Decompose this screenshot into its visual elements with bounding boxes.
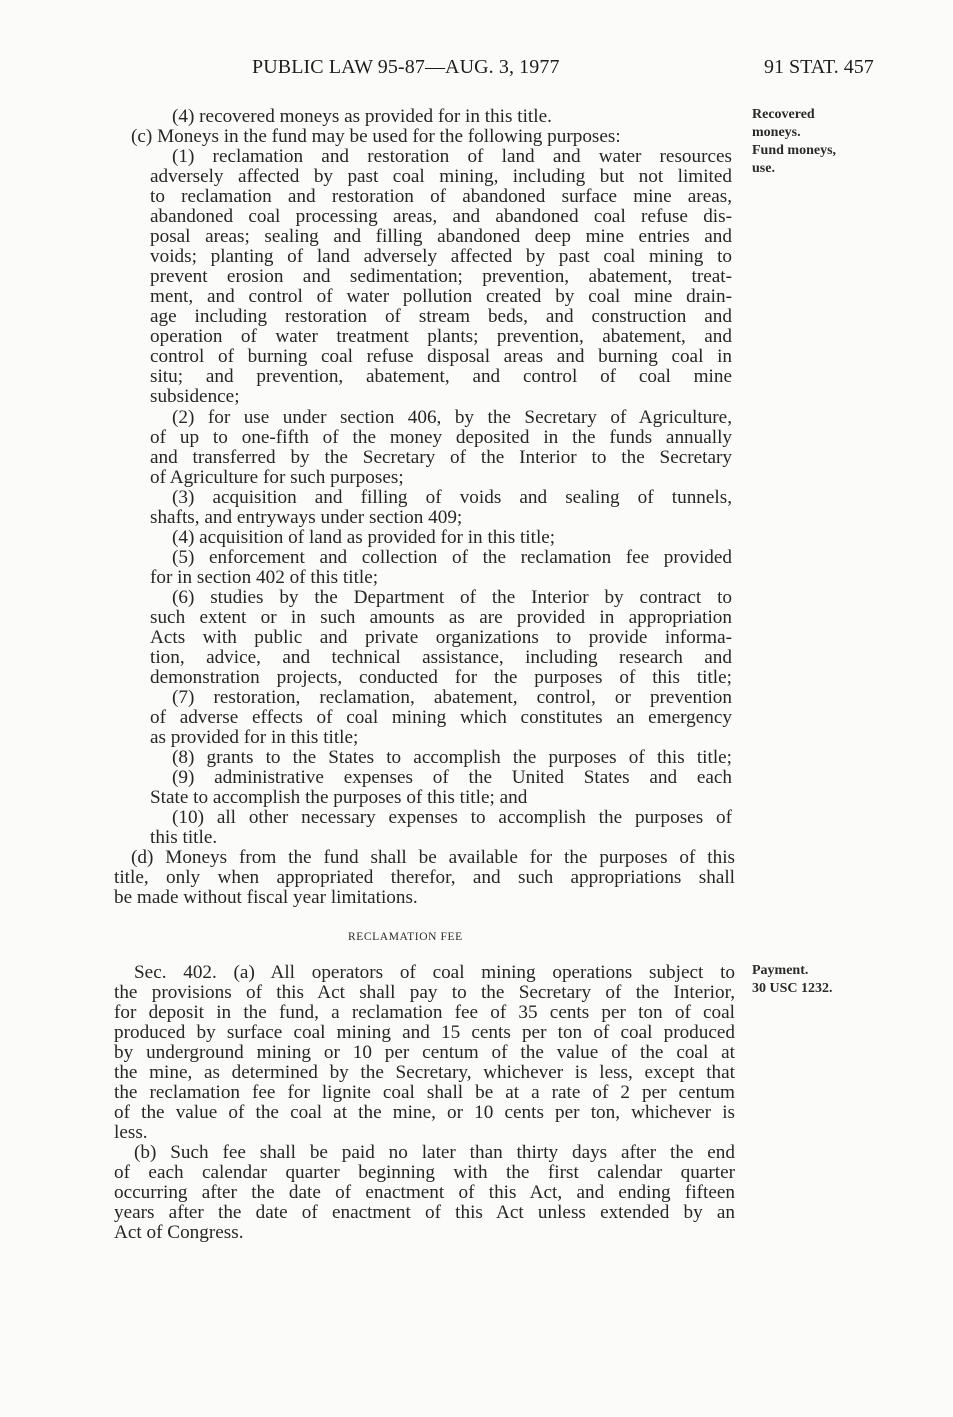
text-line: of the value of the coal at the mine, or… [114, 1103, 735, 1123]
text-line: tion, advice, and technical assistance, … [150, 648, 732, 668]
margin-note-line: Fund moneys, [752, 142, 836, 160]
text-line: (10) all other necessary expenses to acc… [172, 808, 732, 828]
text-line: ment, and control of water pollution cre… [150, 287, 732, 307]
text-line: (d) Moneys from the fund shall be availa… [131, 848, 735, 868]
text-line: (3) acquisition and filling of voids and… [172, 488, 732, 508]
text-line: Sec. 402. (a) All operators of coal mini… [134, 963, 735, 983]
text-line: (5) enforcement and collection of the re… [172, 548, 732, 568]
text-line: years after the date of enactment of thi… [114, 1203, 735, 1223]
text-line: subsidence; [150, 387, 240, 407]
text-line: be made without fiscal year limitations. [114, 888, 418, 908]
text-line: of up to one-fifth of the money deposite… [150, 428, 732, 448]
text-line: such extent or in such amounts as are pr… [150, 608, 732, 628]
text-line: by underground mining or 10 per centum o… [114, 1043, 735, 1063]
text-line: control of burning coal refuse disposal … [150, 347, 732, 367]
text-line: of each calendar quarter beginning with … [114, 1163, 735, 1183]
text-line: of Agriculture for such purposes; [150, 468, 404, 488]
text-line: the reclamation fee for lignite coal sha… [114, 1083, 735, 1103]
text-line: (7) restoration, reclamation, abatement,… [172, 688, 732, 708]
text-line: (c) Moneys in the fund may be used for t… [131, 127, 621, 147]
text-line: posal areas; sealing and filling abandon… [150, 227, 732, 247]
text-line: (1) reclamation and restoration of land … [172, 147, 732, 167]
page-header-citation: PUBLIC LAW 95-87—AUG. 3, 1977 [252, 56, 560, 79]
text-line: (b) Such fee shall be paid no later than… [134, 1143, 735, 1163]
document-page: PUBLIC LAW 95-87—AUG. 3, 1977 91 STAT. 4… [0, 0, 953, 1417]
text-line: voids; planting of land adversely affect… [150, 247, 732, 267]
text-line: situ; and prevention, abatement, and con… [150, 367, 732, 387]
text-line: adversely affected by past coal mining, … [150, 167, 732, 187]
margin-note-line: Payment. [752, 962, 833, 980]
text-line: (2) for use under section 406, by the Se… [172, 408, 732, 428]
text-line: age including restoration of stream beds… [150, 307, 732, 327]
text-line: prevent erosion and sedimentation; preve… [150, 267, 732, 287]
text-line: (4) acquisition of land as provided for … [172, 528, 555, 548]
text-line: (8) grants to the States to accomplish t… [172, 748, 732, 768]
margin-note-line: Recovered [752, 106, 836, 124]
text-line: of adverse effects of coal mining which … [150, 708, 732, 728]
margin-note-line: moneys. [752, 124, 836, 142]
text-line: for in section 402 of this title; [150, 568, 378, 588]
text-line: (9) administrative expenses of the Unite… [172, 768, 732, 788]
text-line: the provisions of this Act shall pay to … [114, 983, 735, 1003]
margin-note-line: 30 USC 1232. [752, 980, 833, 998]
margin-note-line: use. [752, 160, 836, 178]
text-line: shafts, and entryways under section 409; [150, 508, 462, 528]
text-line: title, only when appropriated therefor, … [114, 868, 735, 888]
text-line: for deposit in the fund, a reclamation f… [114, 1003, 735, 1023]
margin-note-payment: Payment. 30 USC 1232. [752, 962, 833, 998]
text-line: operation of water treatment plants; pre… [150, 327, 732, 347]
text-line: demonstration projects, conducted for th… [150, 668, 732, 688]
text-line: abandoned coal processing areas, and aba… [150, 207, 732, 227]
text-line: (6) studies by the Department of the Int… [172, 588, 732, 608]
margin-note-recovered-moneys: Recovered moneys. Fund moneys, use. [752, 106, 836, 178]
text-line: and transferred by the Secretary of the … [150, 448, 732, 468]
text-line: less. [114, 1123, 148, 1143]
text-line: as provided for in this title; [150, 728, 358, 748]
text-line: to reclamation and restoration of abando… [150, 187, 732, 207]
text-line: State to accomplish the purposes of this… [150, 788, 527, 808]
text-line: occurring after the date of enactment of… [114, 1183, 735, 1203]
text-line: (4) recovered moneys as provided for in … [172, 107, 552, 127]
text-line: produced by surface coal mining and 15 c… [114, 1023, 735, 1043]
text-line: Acts with public and private organizatio… [150, 628, 732, 648]
text-line: the mine, as determined by the Secretary… [114, 1063, 735, 1083]
text-line: Act of Congress. [114, 1223, 244, 1243]
text-line: this title. [150, 828, 217, 848]
section-heading: RECLAMATION FEE [348, 931, 463, 943]
page-header-stat-number: 91 STAT. 457 [764, 56, 874, 79]
